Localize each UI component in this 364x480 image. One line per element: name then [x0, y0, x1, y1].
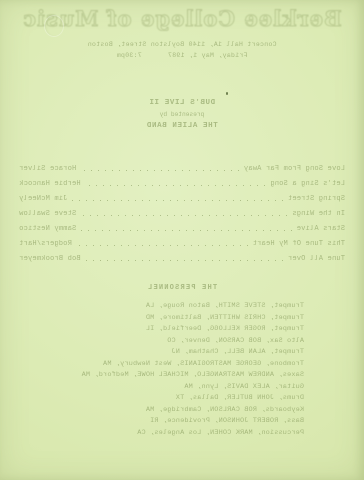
program-row: Let's Sing a Song Herbie Hancock: [19, 173, 345, 188]
song-title: Stars Alive: [297, 225, 345, 233]
personnel-line: Drums, JOHN BUTLER, Dallas, TX: [20, 393, 304, 405]
personnel-line: Trombone, GEORGE MASTROGIANIS, West Newb…: [20, 359, 304, 371]
personnel-line: Trumpet, STEVE SMITH, Baton Rouge, LA: [20, 301, 304, 313]
program-list: Love Song From Far Away Horace Silver Le…: [19, 158, 345, 263]
song-title: This Tune Of My Heart: [253, 240, 345, 248]
scanned-program-page: Berklee College of Music Concert Hall 1A…: [0, 0, 364, 480]
dot-leader: [81, 230, 291, 231]
personnel-line: Saxes, ANDREW MASTRANGELO, MICHAEL HOWE,…: [20, 370, 304, 382]
personnel-line: Trumpet, CHRIS WHITTEN, Baltimore, MD: [20, 313, 304, 325]
presented-by-label: presented by: [0, 111, 364, 118]
venue-line: Concert Hall 1A, 1140 Boylston Street, B…: [0, 41, 364, 48]
dot-leader: [77, 245, 248, 246]
personnel-line: Guitar, ALEX DAVIS, Lynn, MA: [20, 382, 304, 394]
dot-leader: [81, 215, 287, 216]
dot-leader: [86, 260, 283, 261]
time-text: 7:30pm: [116, 52, 141, 59]
personnel-line: Keyboards, ROB CARLSON, Cambridge, MA: [20, 405, 304, 417]
song-title: Spring Street: [288, 195, 345, 203]
personnel-list: Trumpet, STEVE SMITH, Baton Rouge, LA Tr…: [20, 301, 304, 439]
date-text: Friday, May 1, 1987: [168, 52, 248, 59]
program-row: In the Wings Steve Swallow: [19, 203, 345, 218]
program-row: Tune All Over Bob Brookmeyer: [19, 248, 345, 263]
song-title: Love Song From Far Away: [244, 165, 345, 173]
dot-leader: [72, 200, 282, 201]
emboss-mark: [44, 15, 64, 37]
composer: Sammy Nestico: [19, 225, 76, 233]
personnel-heading: THE PERSONNEL: [0, 284, 364, 292]
composer: Herbie Hancock: [19, 180, 81, 188]
personnel-line: Percussion, MARK COHEN, Los Angeles, CA: [20, 428, 304, 440]
show-title: DUB'S LIVE II: [0, 99, 364, 107]
personnel-line: Alto Sax, BOB CARSON, Denver, CO: [20, 336, 304, 348]
program-row: Love Song From Far Away Horace Silver: [19, 158, 345, 173]
dot-leader: [86, 185, 266, 186]
date-line: Friday, May 1, 19877:30pm: [0, 52, 364, 59]
ink-speck: [226, 92, 228, 95]
mirrored-bleedthrough-layer: Berklee College of Music Concert Hall 1A…: [0, 0, 364, 480]
composer: Steve Swallow: [19, 210, 76, 218]
song-title: Let's Sing a Song: [270, 180, 345, 188]
personnel-line: Trumpet, ALAN BELL, Chatham, NJ: [20, 347, 304, 359]
ensemble-name: THE ALIEN BAND: [0, 122, 364, 130]
program-row: This Tune Of My Heart Rodgers/Hart: [19, 233, 345, 248]
dot-leader: [81, 170, 239, 171]
song-title: Tune All Over: [288, 255, 345, 263]
composer: Horace Silver: [19, 165, 76, 173]
composer: Bob Brookmeyer: [19, 255, 81, 263]
program-row: Spring Street Jim McNeely: [19, 188, 345, 203]
personnel-line: Trumpet, ROGER KELLOGG, Deerfield, IL: [20, 324, 304, 336]
song-title: In the Wings: [292, 210, 345, 218]
composer: Rodgers/Hart: [19, 240, 72, 248]
program-row: Stars Alive Sammy Nestico: [19, 218, 345, 233]
personnel-line: Bass, ROBERT JOHNSON, Providence, RI: [20, 416, 304, 428]
composer: Jim McNeely: [19, 195, 67, 203]
